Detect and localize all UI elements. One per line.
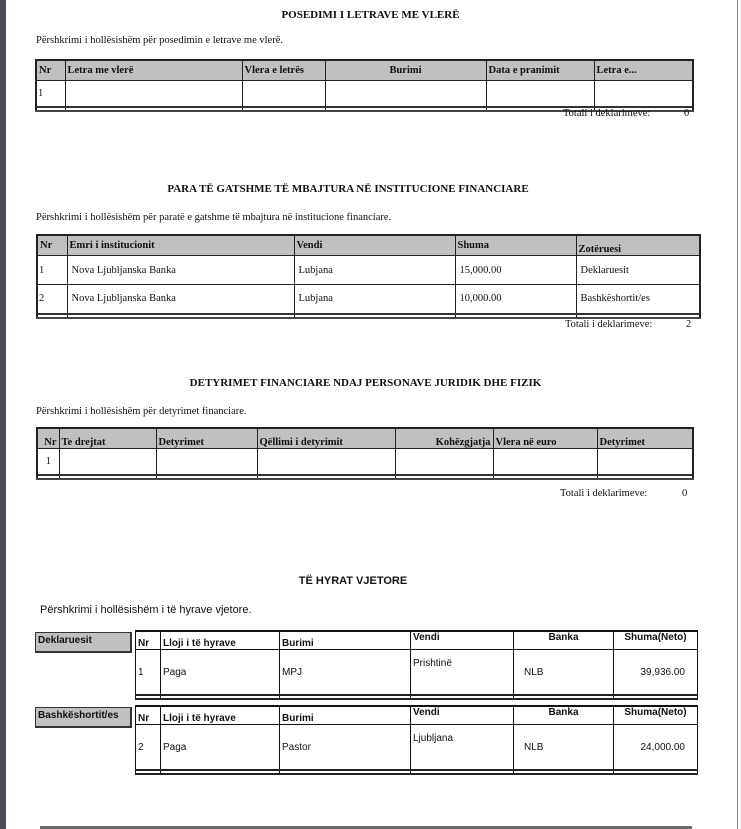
valuables-table: Nr Letra me vlerë Vlera e letrës Burimi …: [35, 59, 694, 112]
cell-nr: 2: [136, 725, 161, 771]
total-value-cash: 2: [686, 319, 691, 330]
column-header: Letra e...: [594, 60, 693, 81]
column-header: Banka: [514, 631, 614, 650]
column-header: Vlera në euro: [493, 428, 597, 449]
section-description-liabilities: Përshkrimi i hollësishëm për detyrimet f…: [36, 406, 247, 417]
column-header: Nr: [136, 631, 161, 650]
column-header: Nr: [136, 706, 161, 725]
income-owner-label-spouse: Bashkëshortit/es: [35, 707, 132, 728]
section-title-income: TË HYRAT VJETORE: [0, 575, 706, 587]
cell-bank: NLB: [514, 725, 614, 771]
column-header: Nr: [37, 235, 67, 256]
column-header: Shuma: [455, 235, 576, 256]
cell-bank: NLB: [514, 650, 614, 696]
cell-amount: 10,000.00: [455, 285, 576, 314]
cell: [65, 81, 242, 108]
cell: [242, 81, 325, 108]
column-header: Shuma(Neto): [614, 706, 698, 725]
table-row: 1: [36, 81, 693, 108]
cell-amount: 39,936.00: [614, 650, 698, 696]
column-header: Qëllimi i detyrimit: [257, 428, 395, 449]
section-title-cash: PARA TË GATSHME TË MBAJTURA NË INSTITUCI…: [0, 183, 696, 195]
income-table-declarant: Nr Lloji i të hyrave Burimi Vendi Banka …: [135, 630, 698, 700]
column-header: Shuma(Neto): [614, 631, 698, 650]
cell-nr: 1: [37, 449, 59, 476]
column-header: Lloji i të hyrave: [161, 706, 280, 725]
table-row: 1: [37, 449, 693, 476]
column-header: Nr: [36, 60, 65, 81]
total-label-valuables: Totali i deklarimeve:: [563, 108, 650, 119]
table-row: 1 Nova Ljubljanska Banka Lubjana 15,000.…: [37, 256, 700, 285]
total-value-liabilities: 0: [682, 488, 687, 499]
cell-nr: 1: [36, 81, 65, 108]
cell: [486, 81, 594, 108]
cell: [59, 449, 156, 476]
viewer-left-margin: [0, 0, 6, 829]
column-header: Zotëruesi: [576, 235, 700, 256]
cell-type: Paga: [161, 725, 280, 771]
cell-place: Ljubljana: [411, 725, 514, 771]
section-description-income: Përshkrimi i hollësishëm i të hyrave vje…: [40, 604, 252, 616]
cell: [597, 449, 693, 476]
cell-source: Pastor: [280, 725, 411, 771]
column-header: Burimi: [325, 60, 486, 81]
cell-amount: 15,000.00: [455, 256, 576, 285]
column-header: Banka: [514, 706, 614, 725]
column-header: Detyrimet: [597, 428, 693, 449]
cash-table: Nr Emri i institucionit Vendi Shuma Zotë…: [36, 234, 701, 319]
total-label-cash: Totali i deklarimeve:: [565, 319, 652, 330]
column-header: Vendi: [411, 631, 514, 650]
total-label-liabilities: Totali i deklarimeve:: [560, 488, 647, 499]
cell: [325, 81, 486, 108]
total-value-valuables: 0: [684, 108, 689, 119]
table-row: 2 Nova Ljubljanska Banka Lubjana 10,000.…: [37, 285, 700, 314]
cell-place: Prishtinë: [411, 650, 514, 696]
column-header: Detyrimet: [156, 428, 257, 449]
column-header: Burimi: [280, 631, 411, 650]
cell-amount: 24,000.00: [614, 725, 698, 771]
column-header: Burimi: [280, 706, 411, 725]
column-header: Vendi: [294, 235, 455, 256]
income-table-spouse: Nr Lloji i të hyrave Burimi Vendi Banka …: [135, 705, 698, 775]
table-row: 1 Paga MPJ Prishtinë NLB 39,936.00: [136, 650, 698, 696]
column-header: Kohëzgjatja: [395, 428, 493, 449]
cell-institution: Nova Ljubljanska Banka: [67, 285, 294, 314]
cell-source: MPJ: [280, 650, 411, 696]
column-header: Vendi: [411, 706, 514, 725]
column-header: Data e pranimit: [486, 60, 594, 81]
liabilities-table: Nr Te drejtat Detyrimet Qëllimi i detyri…: [36, 427, 694, 480]
cell-nr: 1: [37, 256, 67, 285]
section-title-valuables: POSEDIMI I LETRAVE ME VLERË: [0, 9, 741, 21]
cell-place: Lubjana: [294, 256, 455, 285]
column-header: Lloji i të hyrave: [161, 631, 280, 650]
column-header: Nr: [37, 428, 59, 449]
cell: [156, 449, 257, 476]
column-header: Letra me vlerë: [65, 60, 242, 81]
cell: [493, 449, 597, 476]
column-header: Emri i institucionit: [67, 235, 294, 256]
column-header: Te drejtat: [59, 428, 156, 449]
cell: [395, 449, 493, 476]
cell-nr: 1: [136, 650, 161, 696]
cell-place: Lubjana: [294, 285, 455, 314]
cell-owner: Deklaruesit: [576, 256, 700, 285]
cell-nr: 2: [37, 285, 67, 314]
section-description-valuables: Përshkrimi i hollësishëm për posedimin e…: [36, 35, 283, 46]
cell: [594, 81, 693, 108]
section-description-cash: Përshkrimi i hollësishëm për paratë e ga…: [36, 212, 391, 223]
column-header: Vlera e letrës: [242, 60, 325, 81]
page-right-edge: [737, 0, 738, 829]
table-row: 2 Paga Pastor Ljubljana NLB 24,000.00: [136, 725, 698, 771]
cell-owner: Bashkëshortit/es: [576, 285, 700, 314]
section-title-liabilities: DETYRIMET FINANCIARE NDAJ PERSONAVE JURI…: [0, 377, 731, 389]
income-owner-label-declarant: Deklaruesit: [35, 632, 132, 653]
cell: [257, 449, 395, 476]
cell-institution: Nova Ljubljanska Banka: [67, 256, 294, 285]
cell-type: Paga: [161, 650, 280, 696]
